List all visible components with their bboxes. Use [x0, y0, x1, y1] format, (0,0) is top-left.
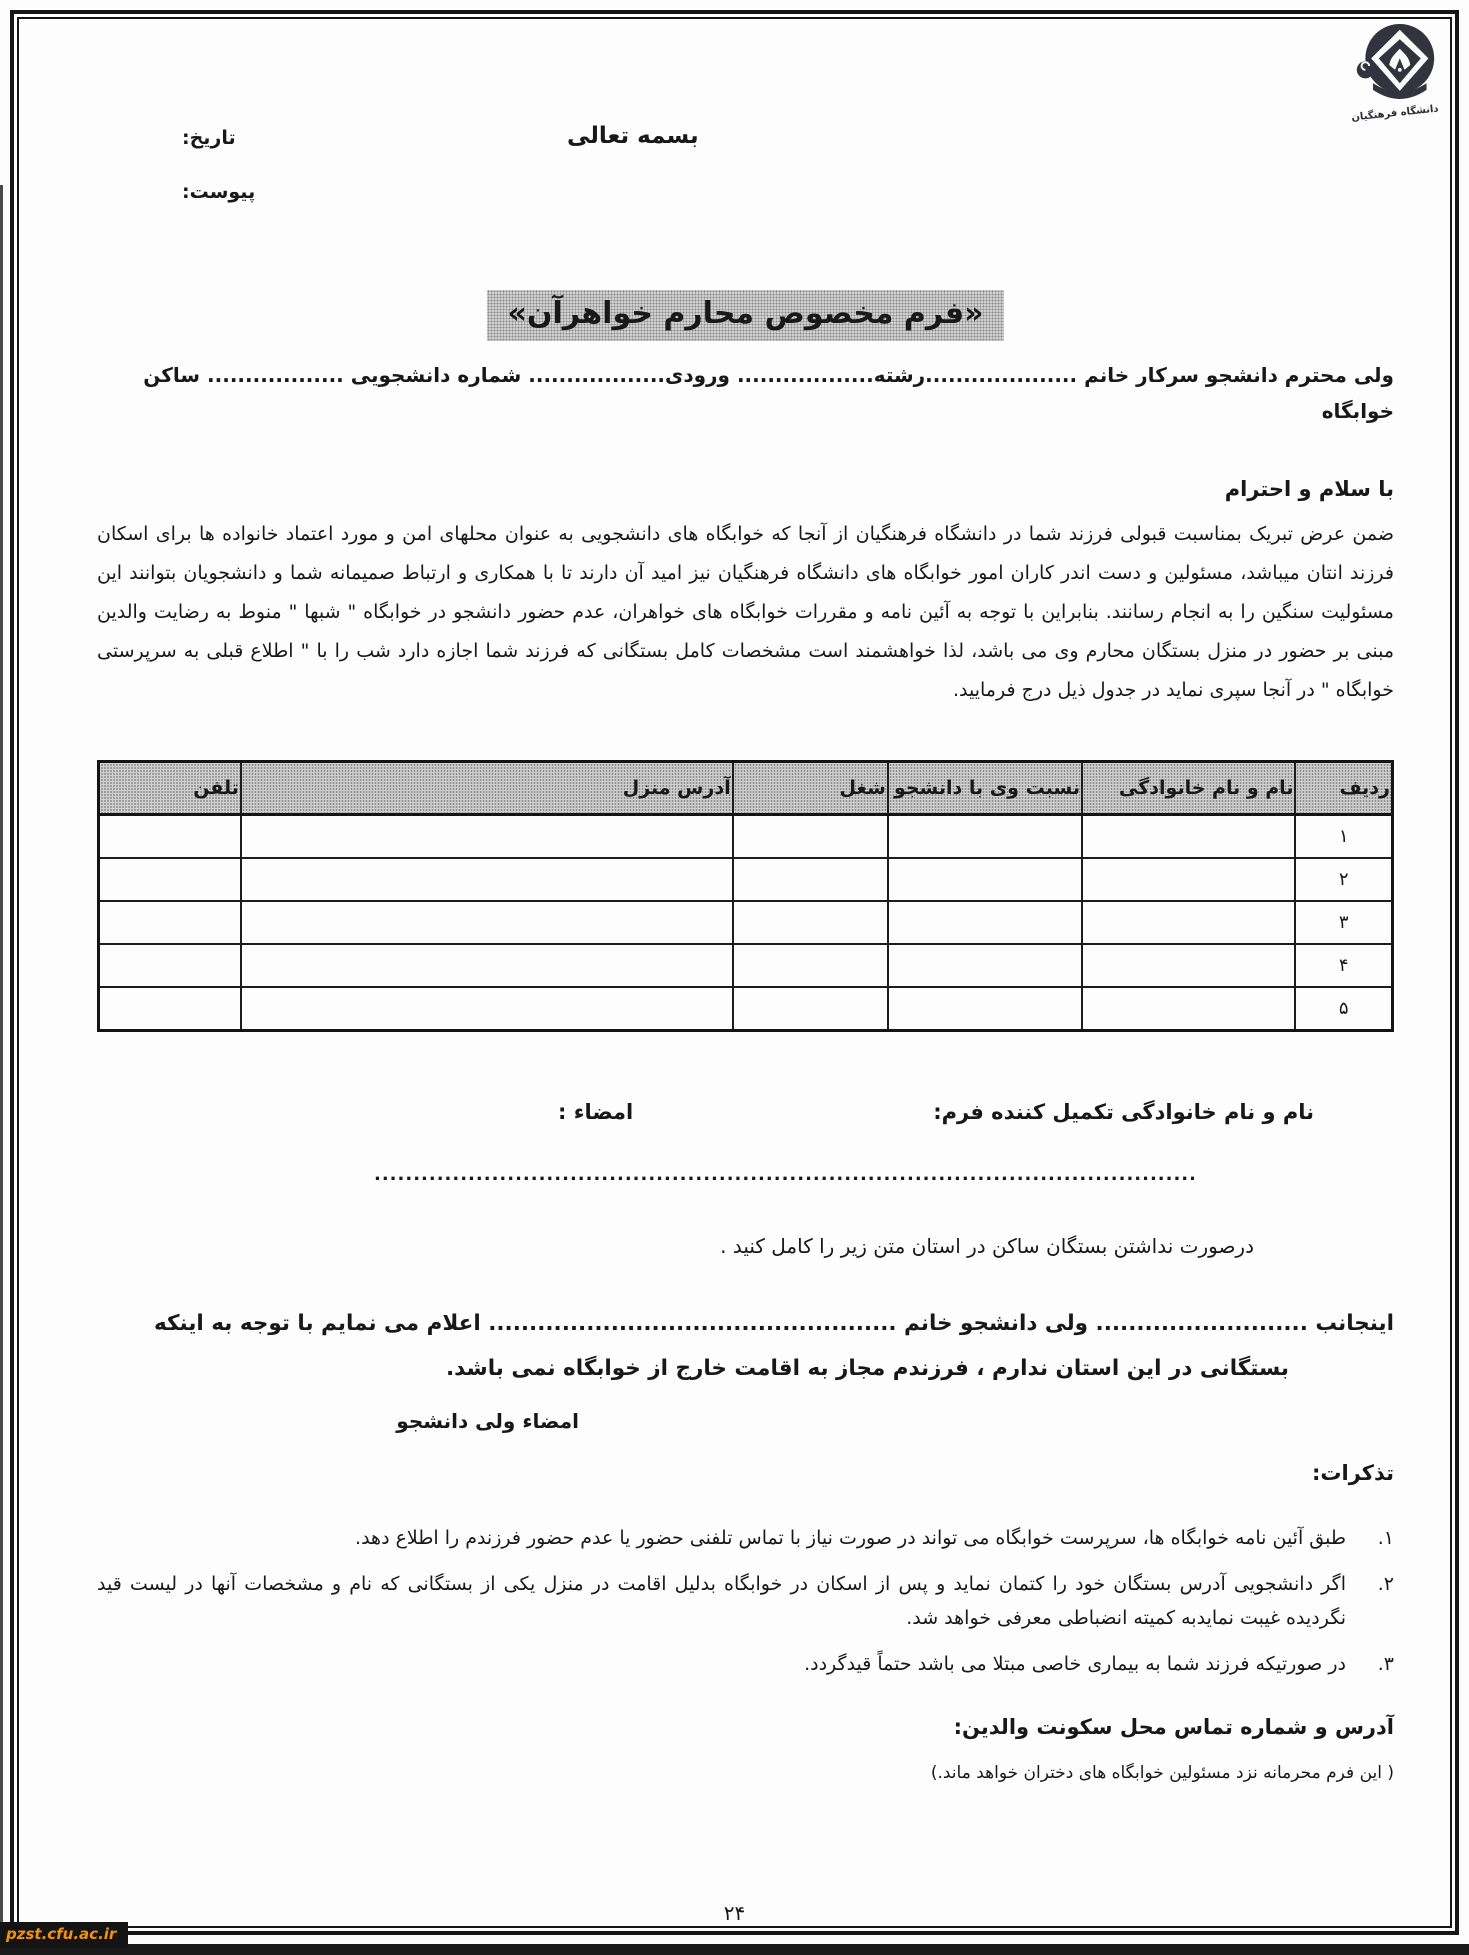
- note-text: طبق آئین نامه خوابگاه ها، سرپرست خوابگاه…: [97, 1521, 1346, 1555]
- addressee-line: ولی محترم دانشجو سرکار خانم ............…: [97, 357, 1394, 429]
- no-relatives-instruction: درصورت نداشتن بستگان ساکن در استان متن ز…: [97, 1234, 1254, 1258]
- home-address-cell: [241, 987, 733, 1031]
- table-row: ۱: [99, 815, 1393, 859]
- note-item: ۲. اگر دانشجویی آدرس بستگان خود را کتمان…: [97, 1567, 1394, 1635]
- table-header-row: ردیف نام و نام خانوادگی نسبت وی با دانشج…: [99, 762, 1393, 815]
- note-number: ۲.: [1356, 1567, 1394, 1635]
- attachment-label: پیوست:: [182, 181, 255, 203]
- page-inner-border: بسمه تعالی تاریخ: پیوست: «فرم مخصوص محار…: [17, 17, 1452, 1928]
- scan-bottom-band: [0, 1944, 1469, 1955]
- table-row: ۳: [99, 901, 1393, 944]
- col-header-relation: نسبت وی با دانشجو: [888, 762, 1082, 815]
- home-address-cell: [241, 858, 733, 901]
- job-cell: [733, 944, 888, 987]
- home-address-cell: [241, 901, 733, 944]
- relatives-table: ردیف نام و نام خانوادگی نسبت وی با دانشج…: [97, 760, 1394, 1032]
- job-cell: [733, 858, 888, 901]
- col-header-full-name: نام و نام خانوادگی: [1082, 762, 1296, 815]
- phone-cell: [99, 815, 241, 859]
- form-filler-name-label: نام و نام خانوادگی تکمیل کننده فرم:: [933, 1100, 1314, 1124]
- form-content: بسمه تعالی تاریخ: پیوست: «فرم مخصوص محار…: [19, 19, 1450, 1926]
- full-name-cell: [1082, 944, 1296, 987]
- guardian-signature-label: امضاء ولی دانشجو: [97, 1409, 579, 1433]
- phone-cell: [99, 944, 241, 987]
- relation-cell: [888, 987, 1082, 1031]
- relation-cell: [888, 944, 1082, 987]
- salutation-heading: با سلام و احترام: [97, 477, 1394, 501]
- job-cell: [733, 901, 888, 944]
- col-header-job: شغل: [733, 762, 888, 815]
- note-number: ۱.: [1356, 1521, 1394, 1555]
- note-number: ۳.: [1356, 1647, 1394, 1681]
- phone-cell: [99, 987, 241, 1031]
- declaration-line-2: بستگانی در این استان ندارم ، فرزندم مجاز…: [97, 1352, 1289, 1386]
- page-outer-border: بسمه تعالی تاریخ: پیوست: «فرم مخصوص محار…: [10, 10, 1459, 1935]
- relation-cell: [888, 815, 1082, 859]
- row-number-cell: ۲: [1295, 858, 1392, 901]
- full-name-cell: [1082, 858, 1296, 901]
- row-number-cell: ۱: [1295, 815, 1392, 859]
- declaration-line-1: اینجانب .......................... ولی د…: [97, 1306, 1394, 1342]
- col-header-home-address: آدرس منزل: [241, 762, 733, 815]
- phone-cell: [99, 901, 241, 944]
- row-number-cell: ۳: [1295, 901, 1392, 944]
- notes-title: تذکرات:: [97, 1461, 1394, 1485]
- note-item: ۱. طبق آئین نامه خوابگاه ها، سرپرست خواب…: [97, 1521, 1394, 1555]
- note-item: ۳. در صورتیکه فرزند شما به بیماری خاصی م…: [97, 1647, 1394, 1681]
- dotted-fill-line: ........................................…: [374, 1168, 1194, 1182]
- date-label: تاریخ:: [182, 127, 236, 149]
- notes-list: ۱. طبق آئین نامه خوابگاه ها، سرپرست خواب…: [97, 1521, 1394, 1681]
- job-cell: [733, 815, 888, 859]
- col-header-row-no: ردیف: [1295, 762, 1392, 815]
- row-number-cell: ۴: [1295, 944, 1392, 987]
- body-paragraph: ضمن عرض تبریک بمناسبت قبولی فرزند شما در…: [97, 515, 1394, 710]
- phone-cell: [99, 858, 241, 901]
- university-emblem-icon: [1352, 20, 1438, 112]
- title-row: «فرم مخصوص محارم خواهرآن»: [97, 290, 1394, 341]
- site-watermark: pzst.cfu.ac.ir: [0, 1922, 128, 1948]
- university-logo: دانشگاه فرهنگیان: [1349, 20, 1441, 119]
- full-name-cell: [1082, 815, 1296, 859]
- relation-cell: [888, 858, 1082, 901]
- signature-label: امضاء :: [558, 1100, 633, 1124]
- form-title: «فرم مخصوص محارم خواهرآن»: [487, 290, 1003, 341]
- table-row: ۵: [99, 987, 1393, 1031]
- table-row: ۲: [99, 858, 1393, 901]
- confidential-note: ( این فرم محرمانه نزد مسئولین خوابگاه ها…: [97, 1763, 1394, 1783]
- note-text: اگر دانشجویی آدرس بستگان خود را کتمان نم…: [97, 1567, 1346, 1635]
- row-number-cell: ۵: [1295, 987, 1392, 1031]
- parents-address-label: آدرس و شماره تماس محل سکونت والدین:: [97, 1715, 1394, 1739]
- form-filler-row: نام و نام خانوادگی تکمیل کننده فرم: امضا…: [97, 1100, 1394, 1124]
- note-text: در صورتیکه فرزند شما به بیماری خاصی مبتل…: [97, 1647, 1346, 1681]
- relation-cell: [888, 901, 1082, 944]
- scanned-form-page: بسمه تعالی تاریخ: پیوست: «فرم مخصوص محار…: [0, 0, 1469, 1955]
- full-name-cell: [1082, 987, 1296, 1031]
- scan-edge-artifact: [0, 185, 3, 1955]
- job-cell: [733, 987, 888, 1031]
- home-address-cell: [241, 815, 733, 859]
- home-address-cell: [241, 944, 733, 987]
- page-number: ۲۴: [724, 1901, 745, 1925]
- col-header-phone: تلفن: [99, 762, 241, 815]
- document-header: بسمه تعالی تاریخ: پیوست:: [97, 19, 1394, 290]
- table-row: ۴: [99, 944, 1393, 987]
- besmele-heading: بسمه تعالی: [567, 123, 699, 149]
- full-name-cell: [1082, 901, 1296, 944]
